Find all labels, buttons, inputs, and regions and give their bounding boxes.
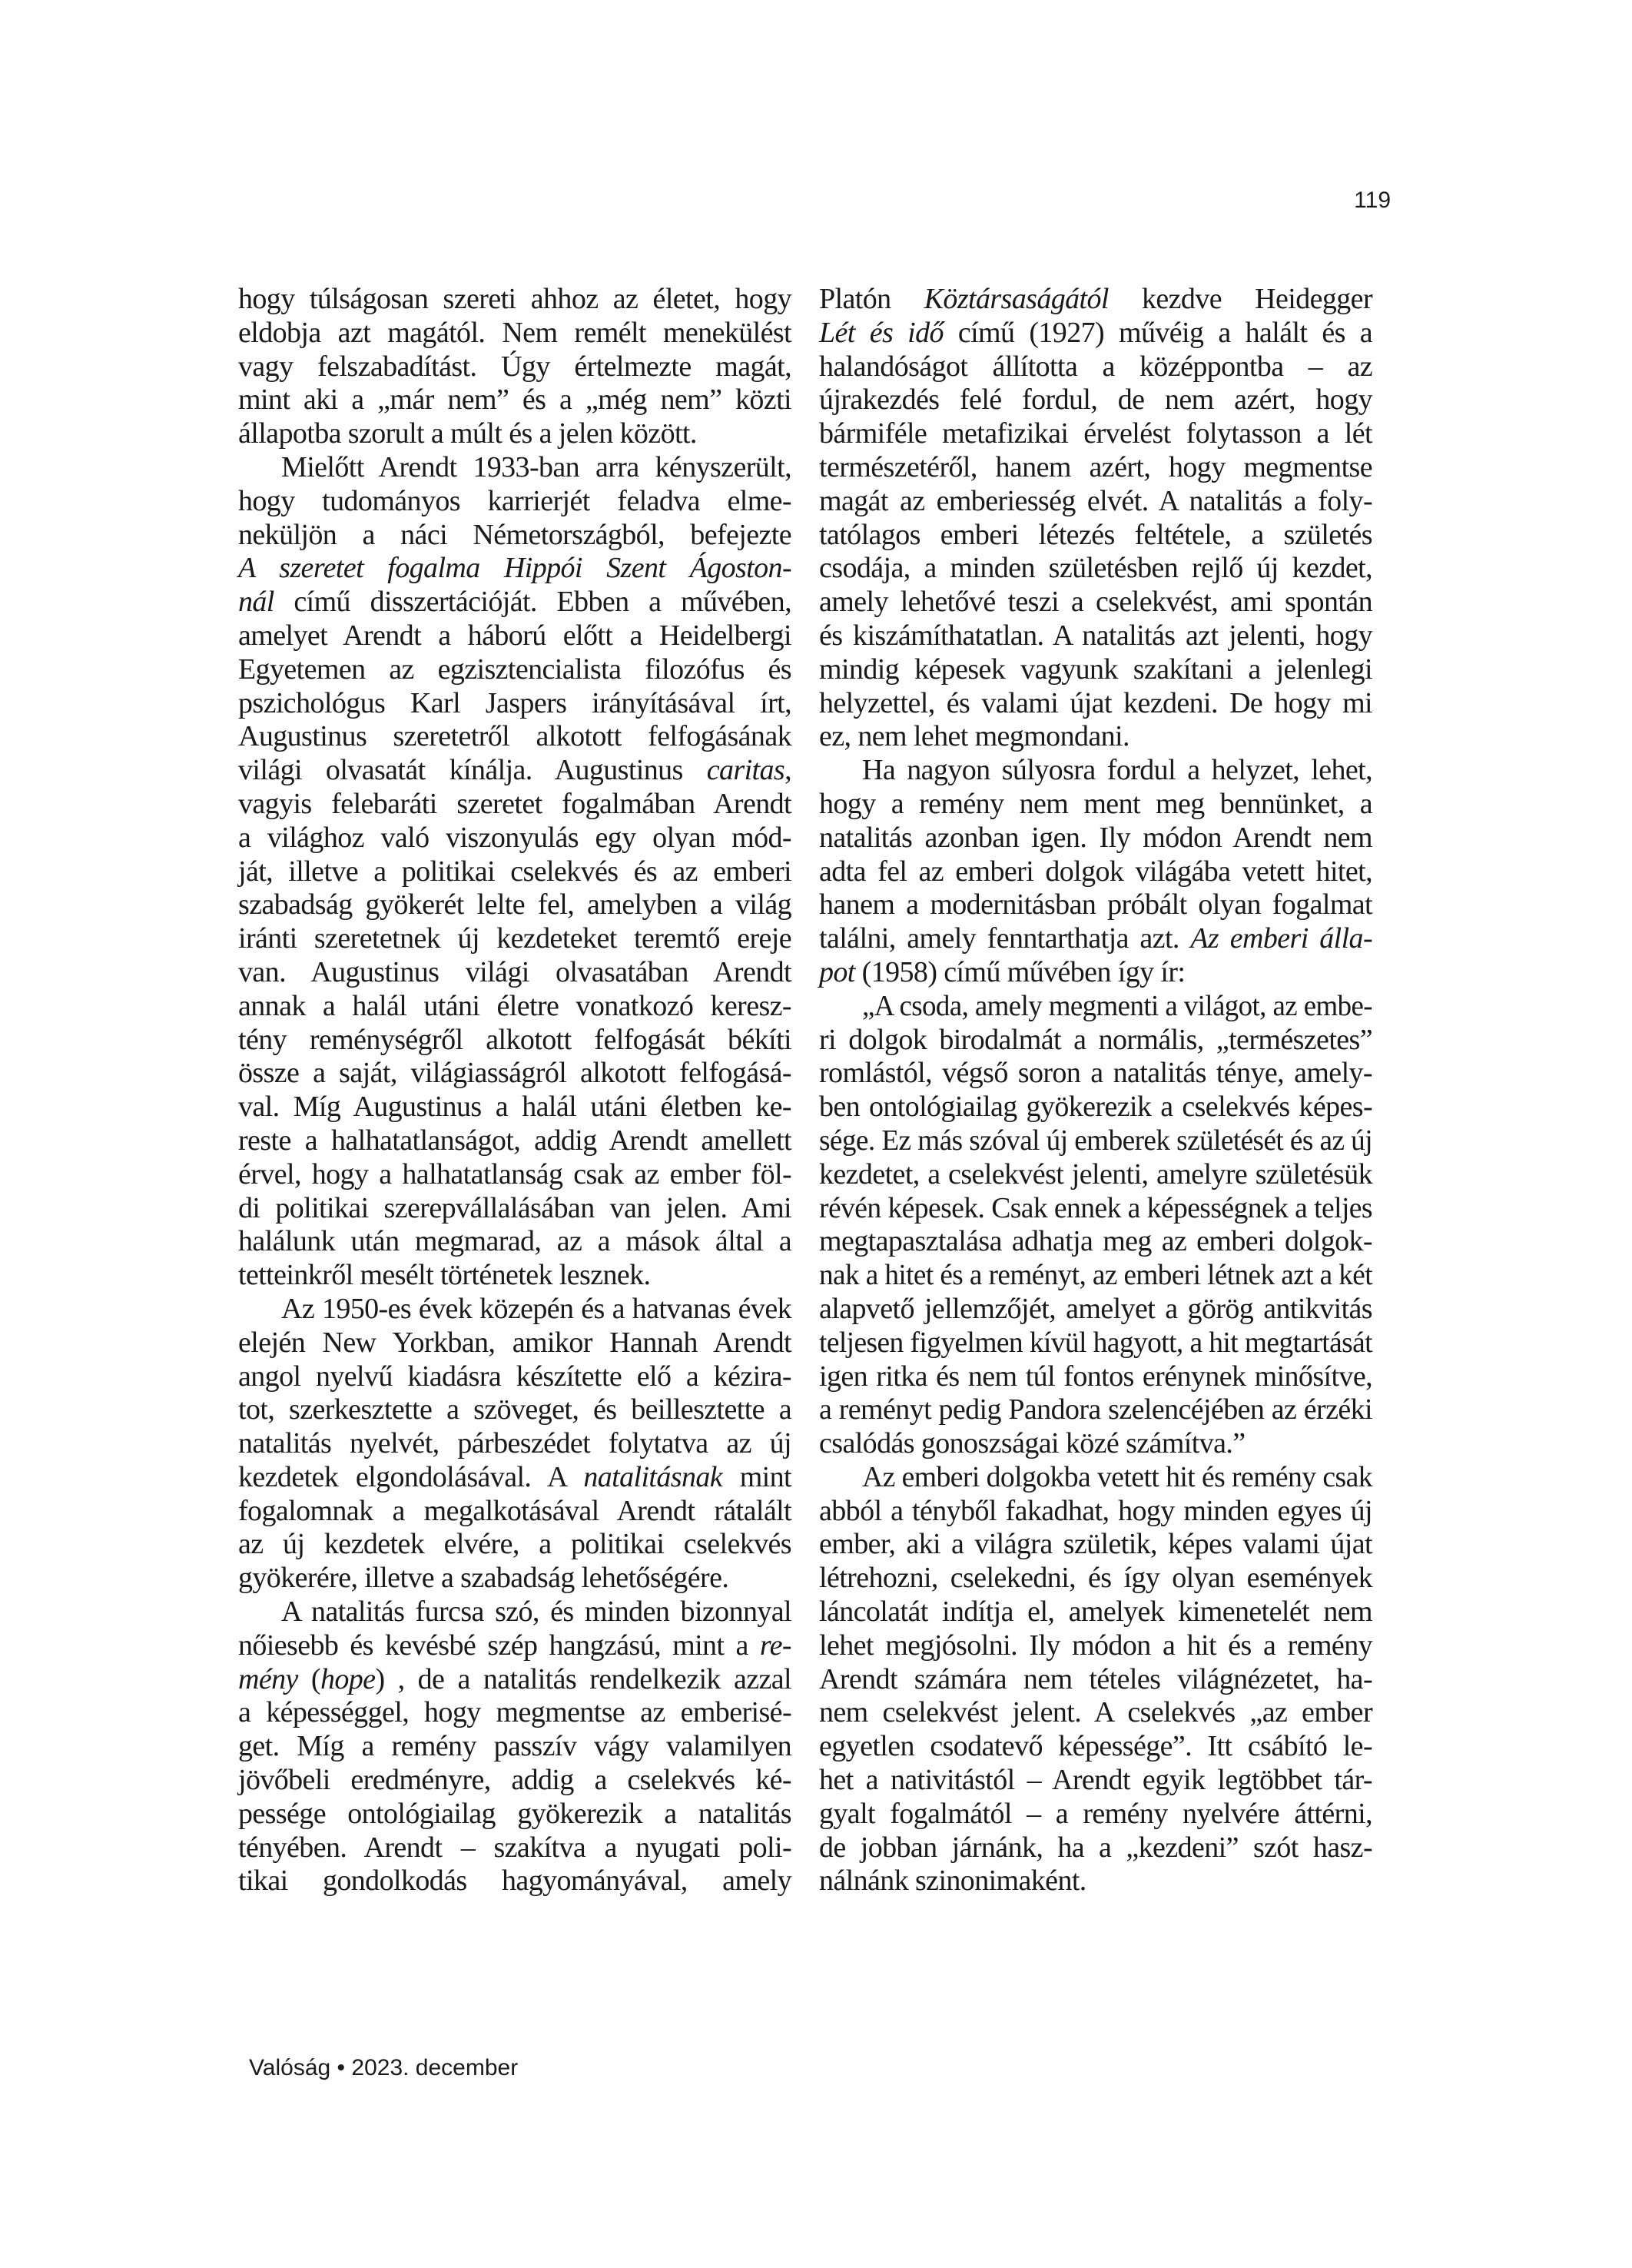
text-line-content: csalódás gonoszságai közé számítva.” xyxy=(819,1427,1372,1461)
text-line: natalitás nyelvét, párbeszédet folytatva… xyxy=(238,1427,791,1461)
text-line: vagy felszabadítást. Úgy értelmezte magá… xyxy=(238,350,791,384)
text-span: Platón xyxy=(819,283,924,315)
text-line: A szeretet fogalma Hippói Szent Ágoston- xyxy=(238,552,791,586)
text-line: egyetlen csodatevő képessége”. Itt csábí… xyxy=(819,1730,1372,1764)
text-line-content: halandóságot állította a középpontba – a… xyxy=(819,350,1372,384)
text-line: Lét és idő című (1927) művéig a halált é… xyxy=(819,317,1372,350)
text-line-content: nak a hitet és a reményt, az emberi létn… xyxy=(819,1259,1372,1293)
text-line: a világhoz való viszonyulás egy olyan mó… xyxy=(238,822,791,855)
text-line-content: vagyis felebaráti szeretet fogalmában Ar… xyxy=(238,788,791,822)
text-line: érvel, hogy a halhatatlanság csak az emb… xyxy=(238,1158,791,1192)
text-line: Mielőtt Arendt 1933-ban arra kényszerült… xyxy=(238,451,791,485)
text-line: A natalitás furcsa szó, és minden bizonn… xyxy=(238,1596,791,1629)
text-line-content: abból a tényből fakadhat, hogy minden eg… xyxy=(819,1495,1372,1529)
text-line-content: a reményt pedig Pandora szelencéjében az… xyxy=(819,1393,1372,1427)
italic-text: pot xyxy=(819,956,855,988)
text-line: hanem a modernitásban próbált olyan foga… xyxy=(819,888,1372,922)
text-line-content: és kiszámíthatatlan. A natalitás azt jel… xyxy=(819,619,1372,653)
text-line: tényében. Arendt – szakítva a nyugati po… xyxy=(238,1831,791,1865)
text-line-content: Mielőtt Arendt 1933-ban arra kényszerült… xyxy=(281,451,791,485)
text-line: angol nyelvű kiadásra készítette elő a k… xyxy=(238,1360,791,1394)
text-line: nem cselekvést jelent. A cselekvés „az e… xyxy=(819,1696,1372,1730)
text-line-content: di politikai szerepvállalásában van jele… xyxy=(238,1192,791,1226)
text-line-content: tetteinkről mesélt történetek lesznek. xyxy=(238,1259,791,1293)
text-line: annak a halál utáni életre vonatkozó ker… xyxy=(238,990,791,1024)
text-line-content: tot, szerkesztette a szöveget, és beille… xyxy=(238,1393,791,1427)
text-line-content: csodája, a minden születésben rejlő új k… xyxy=(819,552,1372,586)
text-line-content: állapotba szorult a múlt és a jelen közö… xyxy=(238,417,791,451)
text-line: állapotba szorult a múlt és a jelen közö… xyxy=(238,417,791,451)
text-span: című disszertációját. Ebben a művében, xyxy=(274,586,791,618)
text-line: ember, aki a világra születik, képes val… xyxy=(819,1528,1372,1562)
text-line: neküljön a náci Németországból, befejezt… xyxy=(238,519,791,553)
text-line: nál című disszertációját. Ebben a művébe… xyxy=(238,586,791,619)
text-span: találni, amely fenntarthatja azt. xyxy=(819,922,1190,955)
text-line: az új kezdetek elvére, a politikai csele… xyxy=(238,1528,791,1562)
text-line: és kiszámíthatatlan. A natalitás azt jel… xyxy=(819,619,1372,653)
text-line: révén képesek. Csak ennek a képességnek … xyxy=(819,1192,1372,1226)
text-line-content: mindig képesek vagyunk szakítani a jelen… xyxy=(819,653,1372,687)
text-line-content: egyetlen csodatevő képessége”. Itt csábí… xyxy=(819,1730,1372,1764)
text-line: elején New Yorkban, amikor Hannah Arendt xyxy=(238,1327,791,1360)
text-line: eldobja azt magától. Nem remélt menekülé… xyxy=(238,317,791,350)
text-line: hogy túlságosan szereti ahhoz az életet,… xyxy=(238,283,791,317)
text-line: Egyetemen az egzisztencialista filozófus… xyxy=(238,653,791,687)
text-line-content: nál című disszertációját. Ebben a művébe… xyxy=(238,586,791,619)
text-line: újrakezdés felé fordul, de nem azért, ho… xyxy=(819,384,1372,417)
text-line-content: nem cselekvést jelent. A cselekvés „az e… xyxy=(819,1696,1372,1730)
text-line-content: hogy a remény nem ment meg bennünket, a xyxy=(819,788,1372,822)
text-line-content: pessége ontológiailag gyökerezik a natal… xyxy=(238,1798,791,1831)
text-line: Augustinus szeretetről alkotott felfogás… xyxy=(238,720,791,754)
italic-text: Köztársaságától xyxy=(924,283,1109,315)
text-line-content: Ha nagyon súlyosra fordul a helyzet, leh… xyxy=(862,754,1372,788)
text-line: csodája, a minden születésben rejlő új k… xyxy=(819,552,1372,586)
text-line: találni, amely fenntarthatja azt. Az emb… xyxy=(819,922,1372,956)
text-line: világi olvasatát kínálja. Augustinus car… xyxy=(238,754,791,788)
text-line-content: val. Míg Augustinus a halál utáni életbe… xyxy=(238,1091,791,1124)
text-line-content: annak a halál utáni életre vonatkozó ker… xyxy=(238,990,791,1024)
text-line: reste a halhatatlanságot, addig Arendt a… xyxy=(238,1124,791,1158)
text-line-content: Augustinus szeretetről alkotott felfogás… xyxy=(238,720,791,754)
text-line-content: halálunk után megmarad, az a mások által… xyxy=(238,1225,791,1259)
text-line-content: natalitás nyelvét, párbeszédet folytatva… xyxy=(238,1427,791,1461)
text-line: gyökerére, illetve a szabadság lehetőség… xyxy=(238,1562,791,1596)
text-line: csalódás gonoszságai közé számítva.” xyxy=(819,1427,1372,1461)
text-line-content: het a nativitástól – Arendt egyik legtöb… xyxy=(819,1764,1372,1798)
text-line: nálnánk szinonimaként. xyxy=(819,1865,1372,1898)
text-line-content: ember, aki a világra születik, képes val… xyxy=(819,1528,1372,1562)
text-line-content: lehet megjósolni. Ily módon a hit és a r… xyxy=(819,1629,1372,1663)
text-line-content: nőiesebb és kevésbé szép hangzású, mint … xyxy=(238,1629,791,1663)
text-line: létrehozni, cselekedni, és így olyan ese… xyxy=(819,1562,1372,1596)
text-line-content: Egyetemen az egzisztencialista filozófus… xyxy=(238,653,791,687)
publication-name: Valóság xyxy=(249,2055,330,2080)
text-line: ját, illetve a politikai cselekvés és az… xyxy=(238,855,791,889)
text-line-content: találni, amely fenntarthatja azt. Az emb… xyxy=(819,922,1372,956)
text-line: abból a tényből fakadhat, hogy minden eg… xyxy=(819,1495,1372,1529)
text-line: Az 1950-es évek közepén és a hatvanas év… xyxy=(238,1293,791,1327)
text-line: magát az emberiesség elvét. A natalitás … xyxy=(819,485,1372,519)
text-line: natalitás azonban igen. Ily módon Arendt… xyxy=(819,822,1372,855)
text-line: pot (1958) című művében így ír: xyxy=(819,956,1372,990)
text-line-content: össze a saját, világiasságról alkotott f… xyxy=(238,1057,791,1091)
text-line: össze a saját, világiasságról alkotott f… xyxy=(238,1057,791,1091)
text-span: , xyxy=(784,754,791,786)
text-line-content: sége. Ez más szóval új emberek születésé… xyxy=(819,1124,1372,1158)
text-line-content: hogy túlságosan szereti ahhoz az életet,… xyxy=(238,283,791,317)
text-line-content: eldobja azt magától. Nem remélt menekülé… xyxy=(238,317,791,350)
text-line: természetéről, hanem azért, hogy megment… xyxy=(819,451,1372,485)
italic-text: natalitásnak xyxy=(583,1461,722,1493)
text-line: iránti szeretetnek új kezdeteket teremtő… xyxy=(238,922,791,956)
text-line: lehet megjósolni. Ily módon a hit és a r… xyxy=(819,1629,1372,1663)
text-line-content: tény reménységről alkotott felfogását bé… xyxy=(238,1024,791,1058)
text-line-content: pot (1958) című művében így ír: xyxy=(819,956,1372,990)
text-line-content: gyalt fogalmától – a remény nyelvére átt… xyxy=(819,1798,1372,1831)
text-line: amely lehetővé teszi a cselekvést, ami s… xyxy=(819,586,1372,619)
text-line-content: hogy tudományos karrierjét feladva elme- xyxy=(238,485,791,519)
text-line: „A csoda, amely megmenti a világot, az e… xyxy=(819,990,1372,1024)
text-line: hogy a remény nem ment meg bennünket, a xyxy=(819,788,1372,822)
italic-text: caritas xyxy=(707,754,784,786)
text-line-content: Arendt számára nem tételes világnézetet,… xyxy=(819,1663,1372,1697)
text-line-content: Az emberi dolgokba vetett hit és remény … xyxy=(862,1461,1372,1495)
italic-text: Lét és idő xyxy=(819,317,944,349)
text-line-content: láncolatát indítja el, amelyek kimenetel… xyxy=(819,1596,1372,1629)
text-line: a reményt pedig Pandora szelencéjében az… xyxy=(819,1393,1372,1427)
text-line-content: vagy felszabadítást. Úgy értelmezte magá… xyxy=(238,350,791,384)
text-line-content: tényében. Arendt – szakítva a nyugati po… xyxy=(238,1831,791,1865)
text-line: nőiesebb és kevésbé szép hangzású, mint … xyxy=(238,1629,791,1663)
text-line-content: Platón Köztársaságától kezdve Heidegger xyxy=(819,283,1372,317)
text-line-content: amelyet Arendt a háború előtt a Heidelbe… xyxy=(238,619,791,653)
text-line: halálunk után megmarad, az a mások által… xyxy=(238,1225,791,1259)
text-line-content: hanem a modernitásban próbált olyan foga… xyxy=(819,888,1372,922)
text-line-content: teljesen figyelmen kívül hagyott, a hit … xyxy=(819,1327,1372,1360)
text-line-content: A natalitás furcsa szó, és minden bizonn… xyxy=(281,1596,791,1629)
text-line-content: létrehozni, cselekedni, és így olyan ese… xyxy=(819,1562,1372,1596)
text-line-content: természetéről, hanem azért, hogy megment… xyxy=(819,451,1372,485)
text-line-content: kezdetek elgondolásával. A natalitásnak … xyxy=(238,1461,791,1495)
text-line: tetteinkről mesélt történetek lesznek. xyxy=(238,1259,791,1293)
text-line-content: angol nyelvű kiadásra készítette elő a k… xyxy=(238,1360,791,1394)
text-line: ez, nem lehet megmondani. xyxy=(819,720,1372,754)
text-line-content: reste a halhatatlanságot, addig Arendt a… xyxy=(238,1124,791,1158)
text-line: tot, szerkesztette a szöveget, és beille… xyxy=(238,1393,791,1427)
text-span: (1958) című művében így ír: xyxy=(855,956,1186,988)
text-line: val. Míg Augustinus a halál utáni életbe… xyxy=(238,1091,791,1124)
text-line-content: A szeretet fogalma Hippói Szent Ágoston- xyxy=(238,552,791,586)
text-span: kezdetek elgondolásával. A xyxy=(238,1461,583,1493)
text-line: kezdetet, a cselekvést jelenti, amelyre … xyxy=(819,1158,1372,1192)
text-line-content: alapvető jellemzőjét, amelyet a görög an… xyxy=(819,1293,1372,1327)
text-line: nak a hitet és a reményt, az emberi létn… xyxy=(819,1259,1372,1293)
text-line: gyalt fogalmától – a remény nyelvére átt… xyxy=(819,1798,1372,1831)
text-line-content: kezdetet, a cselekvést jelenti, amelyre … xyxy=(819,1158,1372,1192)
text-span: ) , de a natalitás rendelkezik azzal xyxy=(375,1663,791,1695)
text-line: get. Míg a remény passzív vágy valamilye… xyxy=(238,1730,791,1764)
text-line: tikai gondolkodás hagyományával, amely xyxy=(238,1865,791,1898)
italic-text: hope xyxy=(320,1663,375,1695)
text-line: bármiféle metafizikai érvelést folytasso… xyxy=(819,417,1372,451)
text-line: ben ontológiailag gyökerezik a cselekvés… xyxy=(819,1091,1372,1124)
text-line-content: gyökerére, illetve a szabadság lehetőség… xyxy=(238,1562,791,1596)
text-span: nőiesebb és kevésbé szép hangzású, mint … xyxy=(238,1629,760,1662)
text-line: Ha nagyon súlyosra fordul a helyzet, leh… xyxy=(819,754,1372,788)
text-line-content: révén képesek. Csak ennek a képességnek … xyxy=(819,1192,1372,1226)
italic-text: A szeretet fogalma Hippói Szent Ágoston- xyxy=(238,552,791,584)
text-line: pszichológus Karl Jaspers irányításával … xyxy=(238,687,791,721)
text-line: romlástól, végső soron a natalitás ténye… xyxy=(819,1057,1372,1091)
text-line-content: újrakezdés felé fordul, de nem azért, ho… xyxy=(819,384,1372,417)
text-line: van. Augustinus világi olvasatában Arend… xyxy=(238,956,791,990)
text-line-content: de jobban járnánk, ha a „kezdeni” szót h… xyxy=(819,1831,1372,1865)
text-line-content: pszichológus Karl Jaspers irányításával … xyxy=(238,687,791,721)
text-line-content: iránti szeretetnek új kezdeteket teremtő… xyxy=(238,922,791,956)
text-line: tény reménységről alkotott felfogását bé… xyxy=(238,1024,791,1058)
text-line: kezdetek elgondolásával. A natalitásnak … xyxy=(238,1461,791,1495)
text-line: láncolatát indítja el, amelyek kimenetel… xyxy=(819,1596,1372,1629)
text-span: ( xyxy=(298,1663,320,1695)
text-line-content: jövőbeli eredményre, addig a cselekvés k… xyxy=(238,1764,791,1798)
text-line: halandóságot állította a középpontba – a… xyxy=(819,350,1372,384)
text-line: tatólagos emberi létezés feltétele, a sz… xyxy=(819,519,1372,553)
text-line: igen ritka és nem túl fontos erénynek mi… xyxy=(819,1360,1372,1394)
text-line-content: elején New Yorkban, amikor Hannah Arendt xyxy=(238,1327,791,1360)
text-line-content: Lét és idő című (1927) művéig a halált é… xyxy=(819,317,1372,350)
text-line-content: világi olvasatát kínálja. Augustinus car… xyxy=(238,754,791,788)
text-line: teljesen figyelmen kívül hagyott, a hit … xyxy=(819,1327,1372,1360)
text-line-content: a képességgel, hogy megmentse az emberis… xyxy=(238,1696,791,1730)
text-line-content: ját, illetve a politikai cselekvés és az… xyxy=(238,855,791,889)
text-line: mint aki a „már nem” és a „még nem” közt… xyxy=(238,384,791,417)
text-line: di politikai szerepvállalásában van jele… xyxy=(238,1192,791,1226)
text-line-content: adta fel az emberi dolgok világába vetet… xyxy=(819,855,1372,889)
text-line: sége. Ez más szóval új emberek születésé… xyxy=(819,1124,1372,1158)
text-line: Arendt számára nem tételes világnézetet,… xyxy=(819,1663,1372,1697)
text-line-content: ri dolgok birodalmát a normális, „termés… xyxy=(819,1024,1372,1058)
text-line: amelyet Arendt a háború előtt a Heidelbe… xyxy=(238,619,791,653)
italic-text: nál xyxy=(238,586,274,618)
text-line-content: get. Míg a remény passzív vágy valamilye… xyxy=(238,1730,791,1764)
text-line: alapvető jellemzőjét, amelyet a görög an… xyxy=(819,1293,1372,1327)
text-line-content: neküljön a náci Németországból, befejezt… xyxy=(238,519,791,553)
text-line-content: érvel, hogy a halhatatlanság csak az emb… xyxy=(238,1158,791,1192)
text-line: hogy tudományos karrierjét feladva elme- xyxy=(238,485,791,519)
text-span: világi olvasatát kínálja. Augustinus xyxy=(238,754,707,786)
text-line-content: igen ritka és nem túl fontos erénynek mi… xyxy=(819,1360,1372,1394)
text-line: helyzettel, és valami újat kezdeni. De h… xyxy=(819,687,1372,721)
text-line-content: fogalomnak a megalkotásával Arendt rátal… xyxy=(238,1495,791,1529)
text-line-content: tatólagos emberi létezés feltétele, a sz… xyxy=(819,519,1372,553)
text-line-content: megtapasztalása adhatja meg az emberi do… xyxy=(819,1225,1372,1259)
italic-text: re- xyxy=(760,1629,791,1662)
text-line-content: mint aki a „már nem” és a „még nem” közt… xyxy=(238,384,791,417)
text-span: mint xyxy=(722,1461,791,1493)
text-line: de jobban járnánk, ha a „kezdeni” szót h… xyxy=(819,1831,1372,1865)
text-column-right: Platón Köztársaságától kezdve HeideggerL… xyxy=(819,283,1372,1898)
text-line-content: van. Augustinus világi olvasatában Arend… xyxy=(238,956,791,990)
text-line: a képességgel, hogy megmentse az emberis… xyxy=(238,1696,791,1730)
text-line-content: „A csoda, amely megmenti a világot, az e… xyxy=(862,990,1372,1024)
text-line: mindig képesek vagyunk szakítani a jelen… xyxy=(819,653,1372,687)
text-line: Platón Köztársaságától kezdve Heidegger xyxy=(819,283,1372,317)
text-line: mény (hope) , de a natalitás rendelkezik… xyxy=(238,1663,791,1697)
text-line: ri dolgok birodalmát a normális, „termés… xyxy=(819,1024,1372,1058)
issue-date: 2023. december xyxy=(351,2055,518,2080)
text-line-content: ez, nem lehet megmondani. xyxy=(819,720,1372,754)
italic-text: Az emberi álla- xyxy=(1190,922,1372,955)
text-line-content: tikai gondolkodás hagyományával, amely xyxy=(238,1865,791,1898)
text-line-content: magát az emberiesség elvét. A natalitás … xyxy=(819,485,1372,519)
italic-text: mény xyxy=(238,1663,298,1695)
text-line: het a nativitástól – Arendt egyik legtöb… xyxy=(819,1764,1372,1798)
text-line: fogalomnak a megalkotásával Arendt rátal… xyxy=(238,1495,791,1529)
text-column-left: hogy túlságosan szereti ahhoz az életet,… xyxy=(238,283,791,1898)
text-line-content: helyzettel, és valami újat kezdeni. De h… xyxy=(819,687,1372,721)
text-span: című (1927) művéig a halált és a xyxy=(944,317,1372,349)
text-line: pessége ontológiailag gyökerezik a natal… xyxy=(238,1798,791,1831)
separator-bullet: • xyxy=(337,2055,346,2080)
text-line-content: amely lehetővé teszi a cselekvést, ami s… xyxy=(819,586,1372,619)
text-line-content: ben ontológiailag gyökerezik a cselekvés… xyxy=(819,1091,1372,1124)
text-line: jövőbeli eredményre, addig a cselekvés k… xyxy=(238,1764,791,1798)
running-footer: Valóság • 2023. december xyxy=(249,2055,518,2081)
text-line-content: az új kezdetek elvére, a politikai csele… xyxy=(238,1528,791,1562)
text-line-content: Az 1950-es évek közepén és a hatvanas év… xyxy=(281,1293,791,1327)
text-line: adta fel az emberi dolgok világába vetet… xyxy=(819,855,1372,889)
text-line-content: mény (hope) , de a natalitás rendelkezik… xyxy=(238,1663,791,1697)
text-line-content: nálnánk szinonimaként. xyxy=(819,1865,1372,1898)
text-line: megtapasztalása adhatja meg az emberi do… xyxy=(819,1225,1372,1259)
text-line: vagyis felebaráti szeretet fogalmában Ar… xyxy=(238,788,791,822)
text-line-content: romlástól, végső soron a natalitás ténye… xyxy=(819,1057,1372,1091)
text-line-content: bármiféle metafizikai érvelést folytasso… xyxy=(819,417,1372,451)
text-line: Az emberi dolgokba vetett hit és remény … xyxy=(819,1461,1372,1495)
text-line-content: a világhoz való viszonyulás egy olyan mó… xyxy=(238,822,791,855)
text-line-content: szabadság gyökerét lelte fel, amelyben a… xyxy=(238,888,791,922)
page-number: 119 xyxy=(1337,188,1391,214)
text-line: szabadság gyökerét lelte fel, amelyben a… xyxy=(238,888,791,922)
text-line-content: natalitás azonban igen. Ily módon Arendt… xyxy=(819,822,1372,855)
text-span: kezdve Heidegger xyxy=(1109,283,1372,315)
